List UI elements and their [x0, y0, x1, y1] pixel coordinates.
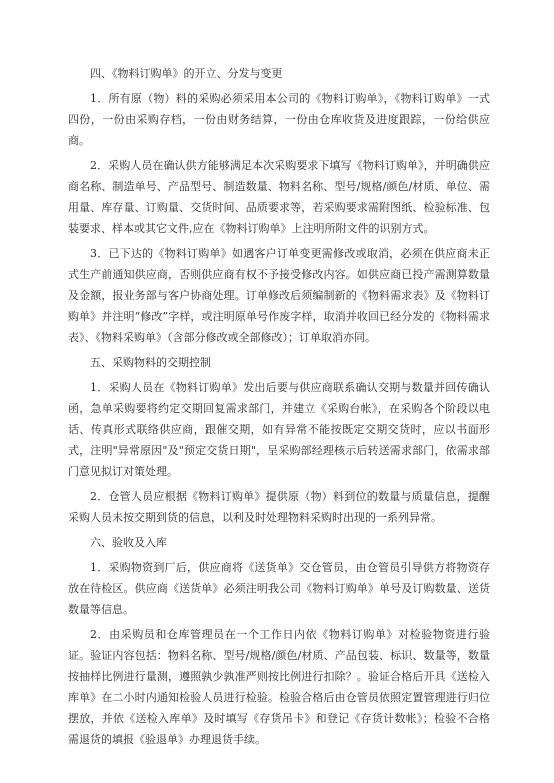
paragraph-order-copies: 1．所有原（物）料的采购必须采用本公司的《物料订购单》，《物料订购单》一式四份，… — [68, 88, 490, 151]
document-page: 四、《物料订购单》的开立、分发与变更 1．所有原（物）料的采购必须采用本公司的《… — [0, 0, 554, 783]
section-heading-order-issuance: 四、《物料订购单》的开立、分发与变更 — [68, 63, 490, 84]
section-heading-acceptance-warehousing: 六、验收及入库 — [68, 532, 490, 553]
paragraph-verification-inspection: 2．由采购员和仓库管理员在一个工作日内依《物料订购单》对检验物资进行验证。验证内… — [68, 624, 490, 750]
paragraph-warehouse-feedback: 2．仓管人员应根据《物料订购单》提供原（物）料到位的数量与质量信息，提醒采购人员… — [68, 486, 490, 528]
paragraph-delivery-confirmation: 1．采购人员在《物料订购单》发出后要与供应商联系确认交期与数量并回传确认函，急单… — [68, 377, 490, 482]
paragraph-order-changes: 3．已下达的《物料订购单》如遇客户订单变更需修改或取消，必须在供应商未正式生产前… — [68, 243, 490, 348]
section-delivery-control: 五、采购物料的交期控制 1．采购人员在《物料订购单》发出后要与供应商联系确认交期… — [68, 352, 490, 528]
section-heading-delivery-control: 五、采购物料的交期控制 — [68, 352, 490, 373]
paragraph-goods-arrival: 1．采购物资到厂后，供应商将《送货单》交仓管员，由仓管员引导供方将物资存放在待检… — [68, 557, 490, 620]
section-order-issuance: 四、《物料订购单》的开立、分发与变更 1．所有原（物）料的采购必须采用本公司的《… — [68, 63, 490, 348]
paragraph-order-contents: 2．采购人员在确认供方能够满足本次采购要求下填写《物料订购单》，并明确供应商名称… — [68, 155, 490, 239]
section-acceptance-warehousing: 六、验收及入库 1．采购物资到厂后，供应商将《送货单》交仓管员，由仓管员引导供方… — [68, 532, 490, 750]
